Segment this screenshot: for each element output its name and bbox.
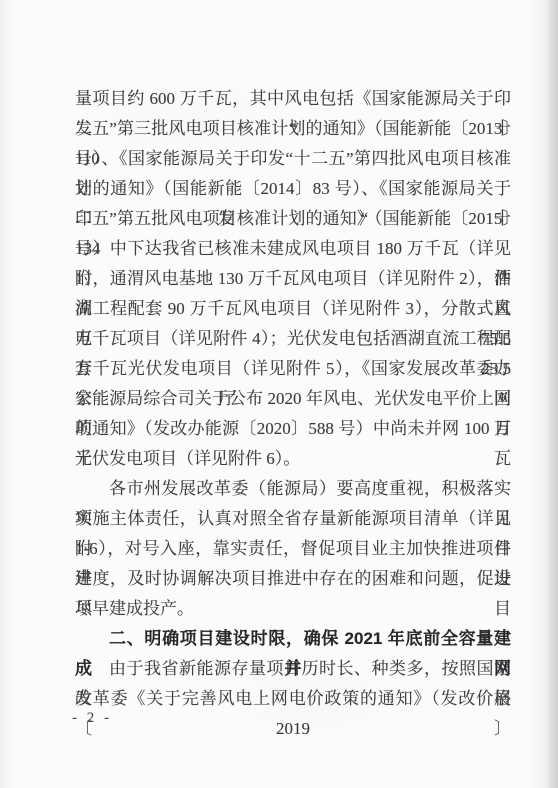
document-body: 量项目约 600 万千瓦，其中风电包括《国家能源局关于印发“十 二五”第三批风电… bbox=[75, 84, 511, 714]
text-line: 划的通知》（国能新能〔2014〕83 号）、《国家能源局关于印发“十 bbox=[75, 174, 511, 204]
page-number: - 2 - bbox=[72, 710, 112, 727]
text-line: 二五”第三批风电项目核准计划的通知》（国能新能〔2013〕110 bbox=[75, 114, 511, 144]
text-line: 家能源局综合司关于公布 2020 年风电、光伏发电平价上网项目 bbox=[75, 384, 511, 414]
text-line: 号）中下达我省已核准未建成风电项目 180 万千瓦（详见附件 bbox=[75, 234, 511, 264]
text-line: 万千瓦项目（详见附件 4）；光伏发电包括酒湖直流工程配套 23.5 bbox=[75, 324, 511, 354]
text-line: 1-6），对号入座，靠实责任，督促项目业主加快推进项目建设 bbox=[75, 534, 511, 564]
text-line: 二五”第五批风电项目核准计划的通知》（国能新能〔2015〕134 bbox=[75, 204, 511, 234]
text-line: 量项目约 600 万千瓦，其中风电包括《国家能源局关于印发“十 bbox=[75, 84, 511, 114]
section-heading: 二、明确项目建设时限，确保 2021 年底前全容量建成并网 bbox=[75, 624, 511, 654]
text-line: 由于我省新能源存量项目历时长、种类多，按照国家发展 bbox=[75, 654, 511, 684]
text-line: 万千瓦光伏发电项目（详见附件 5），《国家发展改革委办公厅 国 bbox=[75, 354, 511, 384]
text-line: 进度，及时协调解决项目推进中存在的困难和问题，促进项目 bbox=[75, 564, 511, 594]
text-line: 1），通渭风电基地 130 万千瓦风电项目（详见附件 2），酒湖直 bbox=[75, 264, 511, 294]
text-line: 改革委《关于完善风电上网电价政策的通知》（发改价格〔2019〕 bbox=[75, 684, 511, 714]
scanned-page: 量项目约 600 万千瓦，其中风电包括《国家能源局关于印发“十 二五”第三批风电… bbox=[0, 0, 558, 788]
text-line: 的通知》（发改办能源〔2020〕588 号）中尚未并网 100 万千瓦 bbox=[75, 414, 511, 444]
text-line: 实施主体责任，认真对照全省存量新能源项目清单（详见附件 bbox=[75, 504, 511, 534]
text-line: 号）、《国家能源局关于印发“十二五”第四批风电项目核准计 bbox=[75, 144, 511, 174]
text-line: 流工程配套 90 万千瓦风电项目（详见附件 3），分散式风电 75.5 bbox=[75, 294, 511, 324]
text-line: 各市州发展改革委（能源局）要高度重视，积极落实项目 bbox=[75, 474, 511, 504]
